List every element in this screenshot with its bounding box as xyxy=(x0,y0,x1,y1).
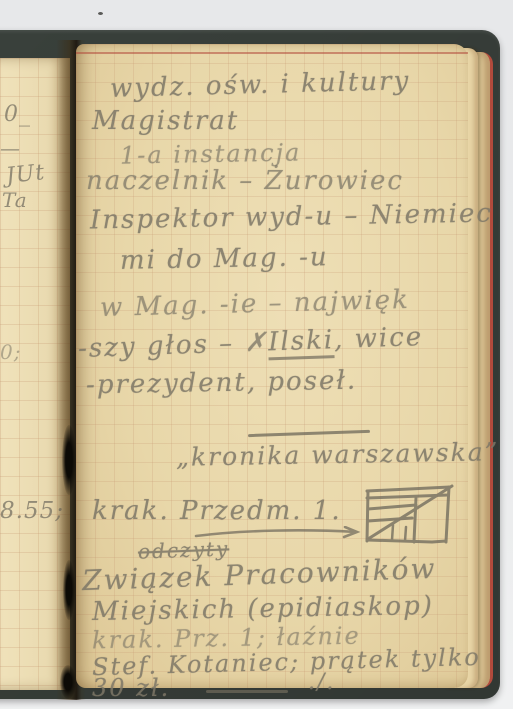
handwritten-line: krak. Przedm. 1. xyxy=(92,496,342,526)
handwritten-line: Inspektor wyd-u – Niemiec xyxy=(90,198,493,235)
handwritten-line: Magistrat xyxy=(92,106,239,136)
handwritten-line: w Mag. -ie – najwięk xyxy=(100,285,411,323)
notebook-photo: 0_ — JUt Ta 0; 8.55; wydz. ośw. i kultur… xyxy=(0,0,513,709)
handwritten-line: Miejskich (epidiaskop) xyxy=(92,591,434,627)
pencil-overline xyxy=(248,430,370,437)
crossed-out-mark: ✗ xyxy=(244,327,269,358)
notebook-sketch xyxy=(360,482,456,548)
left-page-fragment: 0; xyxy=(0,340,21,364)
dust-speck xyxy=(98,12,103,15)
red-edge-line xyxy=(76,52,468,54)
left-page-fragment: 0_ xyxy=(4,102,31,127)
left-page-fragment: JUt xyxy=(5,160,47,189)
gutter-ink-blot xyxy=(63,560,75,620)
gutter-ink-blot xyxy=(60,665,76,699)
handwritten-line: wydz. ośw. i kultury xyxy=(110,66,411,104)
handwritten-line-ilski: -szy głos – ✗Ilski, wice xyxy=(78,322,424,364)
notebook-page: wydz. ośw. i kultury Magistrat 1-a insta… xyxy=(76,44,468,688)
left-page-fragment: Ta xyxy=(2,188,28,212)
handwritten-line: Związek Pracowników xyxy=(82,552,437,597)
handwritten-line: mi do Mag. -u xyxy=(120,242,329,276)
pencil-dash xyxy=(206,690,288,693)
left-page-fragment: — xyxy=(0,136,21,160)
handwritten-line: 30 zł. xyxy=(92,674,170,702)
underlined-name: Ilski xyxy=(268,325,335,360)
handwritten-line: -prezydent, poseł. xyxy=(86,366,358,401)
handwritten-line: 1-a instancja xyxy=(120,138,302,169)
handwritten-line: naczelnik – Żurowiec xyxy=(86,166,404,196)
handwritten-line: „kronika warszawska” xyxy=(176,437,500,472)
left-page-fragment: 8.55; xyxy=(0,498,64,524)
line-suffix: , wice xyxy=(334,322,424,355)
handwritten-mark: ./. xyxy=(308,670,335,695)
gutter-ink-blot xyxy=(62,425,76,495)
line-prefix: -szy głos – xyxy=(78,328,245,364)
